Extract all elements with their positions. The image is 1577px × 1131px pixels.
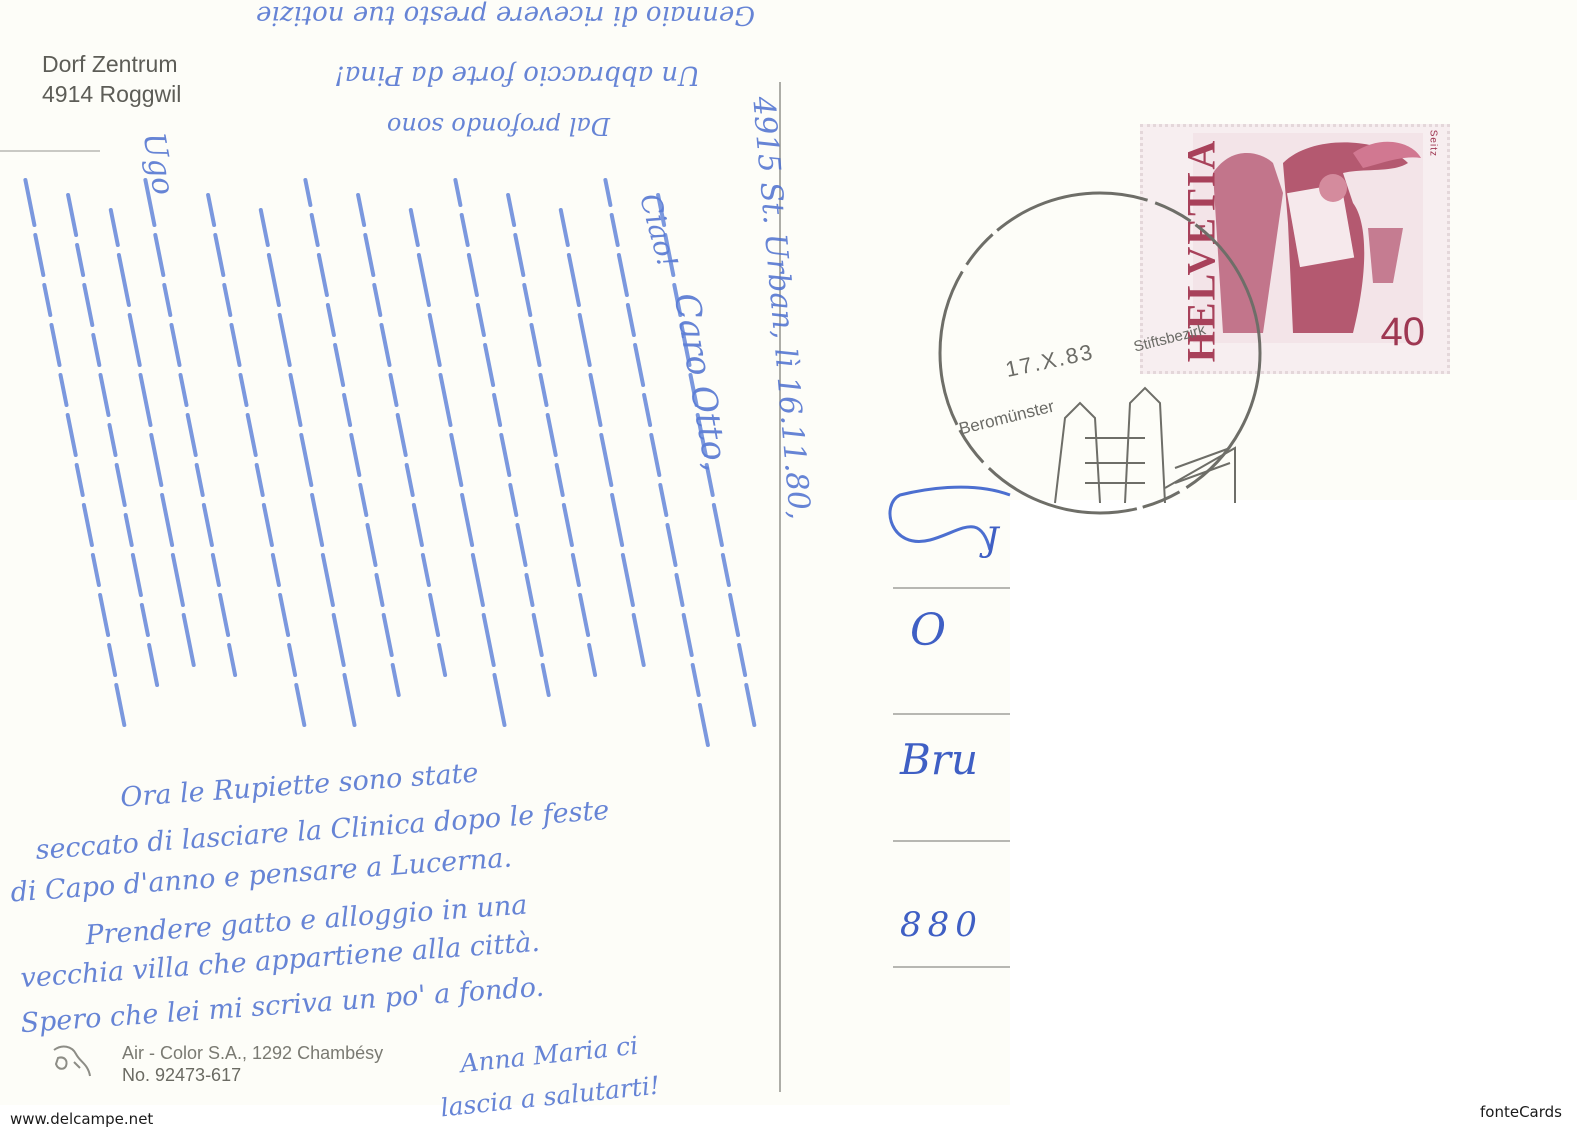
watermark-fontecards: fonteCards <box>1480 1103 1562 1121</box>
stamp-value: 40 <box>1381 310 1426 355</box>
handwriting-vertical-columns <box>0 150 780 770</box>
address-rule-3 <box>893 840 1010 842</box>
place-title: Dorf Zentrum <box>42 50 177 78</box>
address-rule-2 <box>893 713 1010 715</box>
address-line-3-fragment: Bru <box>900 735 978 784</box>
card-number: No. 92473-617 <box>122 1064 241 1086</box>
publisher-logo-icon <box>48 1042 94 1082</box>
stamp-designer-credit: Bruno Seitz <box>1428 124 1439 157</box>
address-line-1-fragment: J <box>985 520 999 560</box>
address-rule-1 <box>893 587 1010 589</box>
address-line-2-fragment: O <box>910 605 946 656</box>
handwriting-upside-line-1: Gennaio di ricevere presto tue notizie <box>256 0 755 30</box>
address-flourish-icon <box>880 460 1020 560</box>
scan-background <box>1010 500 1577 1131</box>
place-postal-code: 4914 Roggwil <box>42 80 181 108</box>
address-postcode-fragment: 880 <box>900 905 983 945</box>
watermark-delcampe: www.delcampe.net <box>10 1110 153 1128</box>
publisher-credit: Air - Color S.A., 1292 Chambésy <box>122 1042 383 1064</box>
address-rule-4 <box>893 966 1010 968</box>
handwriting-upside-line-3: Dal profondo sono <box>387 112 610 140</box>
handwriting-upside-line-2: Un abbraccio forte da Pina! <box>334 60 700 90</box>
